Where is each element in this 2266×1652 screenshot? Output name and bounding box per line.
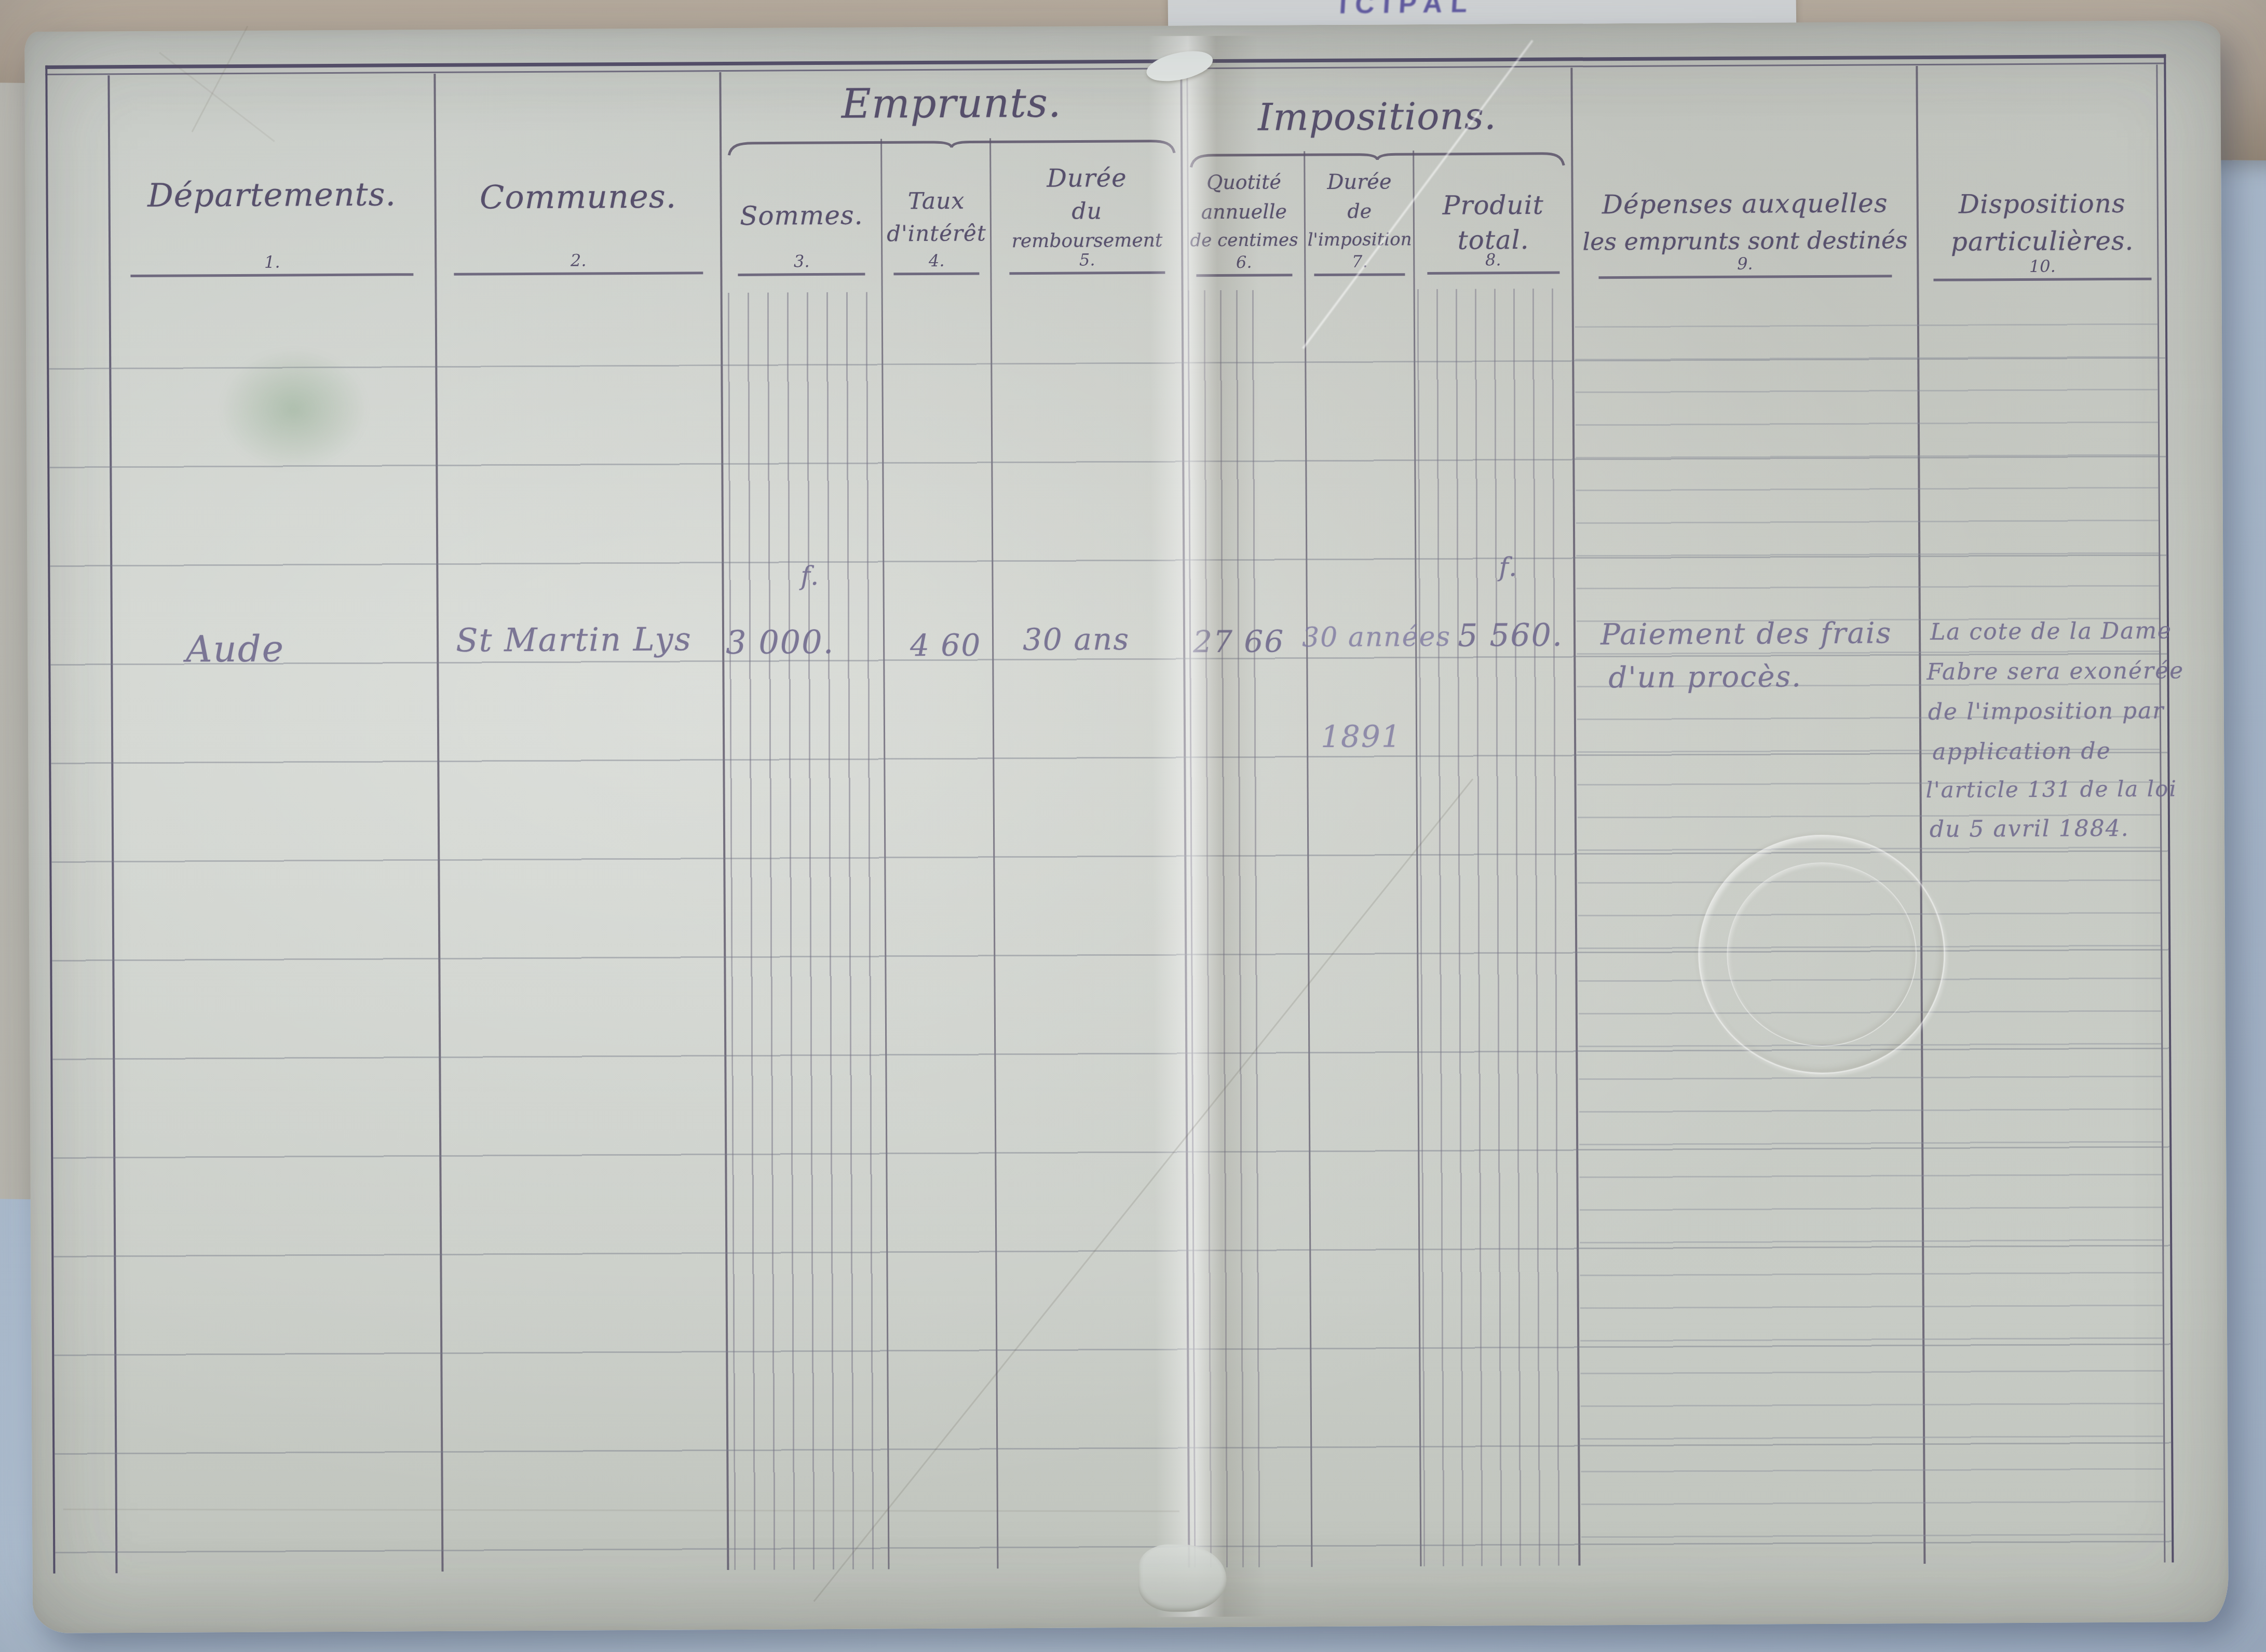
- divider-col4-col5: [989, 138, 998, 1568]
- cell-duree-remboursement: 30 ans: [1023, 621, 1130, 657]
- divider-col1-col2: [433, 74, 443, 1572]
- column-number-9: 9.: [1714, 253, 1776, 274]
- column-header-duree-remb-3: remboursement: [991, 229, 1183, 252]
- cell-dispositions-line5: l'article 131 de la loi: [1926, 776, 2177, 803]
- column-header-communes: Communes.: [435, 177, 721, 216]
- cell-produit-unit: f.: [1499, 552, 1518, 582]
- cell-annee: 1891: [1321, 719, 1402, 754]
- table-border-right: [2164, 54, 2174, 1562]
- cell-dispositions-line6: du 5 avril 1884.: [1930, 815, 2129, 843]
- emprunts-brace: [726, 137, 1177, 157]
- column-header-quotite-3: de centimes: [1183, 229, 1305, 251]
- underline-col6: [1196, 274, 1292, 277]
- column-number-10: 10.: [2011, 256, 2073, 276]
- column-header-quotite-1: Quotité: [1183, 170, 1305, 194]
- faded-green-stamp: [218, 347, 369, 472]
- cell-dispositions-line3: de l'imposition par: [1928, 698, 2165, 725]
- column-header-taux-2: d'intérêt: [882, 220, 991, 246]
- underline-col1: [130, 273, 413, 277]
- cell-duree-imposition: 30 années: [1302, 621, 1451, 654]
- underline-col7: [1314, 273, 1405, 276]
- embossed-circular-seal-icon: [1698, 834, 1946, 1075]
- embossed-seal-inner-ring: [1726, 862, 1917, 1047]
- cell-commune: St Martin Lys: [456, 620, 692, 659]
- cell-somme-unit: f.: [800, 561, 820, 591]
- cell-dispositions-line1: La cote de la Dame: [1930, 617, 2172, 645]
- franc-ruling-centimes: [1188, 290, 1263, 1568]
- column-header-sommes: Sommes.: [721, 200, 882, 231]
- column-number-3: 3.: [770, 251, 833, 272]
- franc-ruling-sommes: [728, 292, 885, 1569]
- franc-ruling-produit: [1417, 289, 1575, 1566]
- cell-produit-total: 5 560.: [1458, 617, 1563, 654]
- underline-col2: [454, 272, 703, 276]
- divider-col3-col4: [880, 139, 889, 1569]
- table-border-left: [45, 65, 55, 1574]
- column-header-duree-imp-2: de: [1305, 199, 1414, 223]
- cell-dispositions-line4: application de: [1932, 738, 2111, 765]
- underline-col8: [1427, 272, 1559, 275]
- underline-col4: [893, 272, 979, 275]
- divider-col2-col3: [719, 72, 729, 1570]
- impositions-brace: [1188, 150, 1567, 170]
- column-number-5: 5.: [1056, 250, 1118, 270]
- cell-taux-interet: 4 60: [910, 627, 981, 663]
- group-header-emprunts: Emprunts.: [720, 79, 1182, 128]
- divider-col8-col9: [1570, 67, 1580, 1565]
- register-table: Emprunts. Impositions. Départements. Com…: [45, 54, 2174, 1573]
- column-header-duree-remb-2: du: [991, 197, 1183, 225]
- cell-quotite-centimes: 27 66: [1193, 624, 1284, 659]
- column-header-duree-remb-1: Durée: [990, 163, 1183, 193]
- column-number-8: 8.: [1462, 250, 1524, 270]
- table-margin-line-left: [107, 75, 117, 1573]
- cell-dispositions-line2: Fabre sera exonérée: [1926, 657, 2184, 685]
- column-header-duree-imp-1: Durée: [1305, 170, 1414, 194]
- table-border-top: [45, 54, 2166, 69]
- column-number-7: 7.: [1328, 251, 1391, 272]
- column-header-depenses-2: les emprunts sont destinés: [1572, 226, 1918, 255]
- column-header-departements: Départements.: [108, 175, 435, 214]
- cell-depenses-line2: d'un procès.: [1608, 660, 1802, 695]
- column-number-1: 1.: [241, 252, 303, 272]
- column-number-4: 4.: [905, 251, 968, 271]
- register-sheet: Emprunts. Impositions. Départements. Com…: [24, 20, 2229, 1633]
- group-header-impositions: Impositions.: [1183, 93, 1572, 139]
- cell-departement: Aude: [186, 627, 284, 670]
- column-header-dispositions-1: Dispositions: [1918, 188, 2167, 220]
- underline-col9: [1598, 275, 1892, 279]
- cell-somme: 3 000.: [726, 623, 835, 661]
- cell-depenses-line1: Paiement des frais: [1600, 616, 1892, 652]
- column-header-quotite-2: annuelle: [1183, 200, 1305, 223]
- underline-col10: [1933, 278, 2151, 281]
- column-number-2: 2.: [547, 250, 609, 270]
- column-header-produit-1: Produit: [1414, 189, 1572, 221]
- table-border-right-inner: [2156, 65, 2165, 1563]
- column-header-taux-1: Taux: [882, 187, 991, 214]
- municipal-stamp-fragment: ICIPAL: [1338, 0, 1476, 20]
- underline-col3: [738, 273, 865, 276]
- column-number-6: 6.: [1213, 252, 1275, 272]
- divider-col6-col7: [1304, 151, 1312, 1567]
- column-header-duree-imp-3: l'imposition: [1305, 229, 1414, 250]
- column-header-depenses-1: Dépenses auxquelles: [1572, 188, 1918, 220]
- underline-col5: [1009, 272, 1165, 275]
- column-header-dispositions-2: particulières.: [1918, 225, 2167, 257]
- divider-col9-col10: [1916, 66, 1925, 1564]
- divider-col7-col8: [1413, 151, 1421, 1566]
